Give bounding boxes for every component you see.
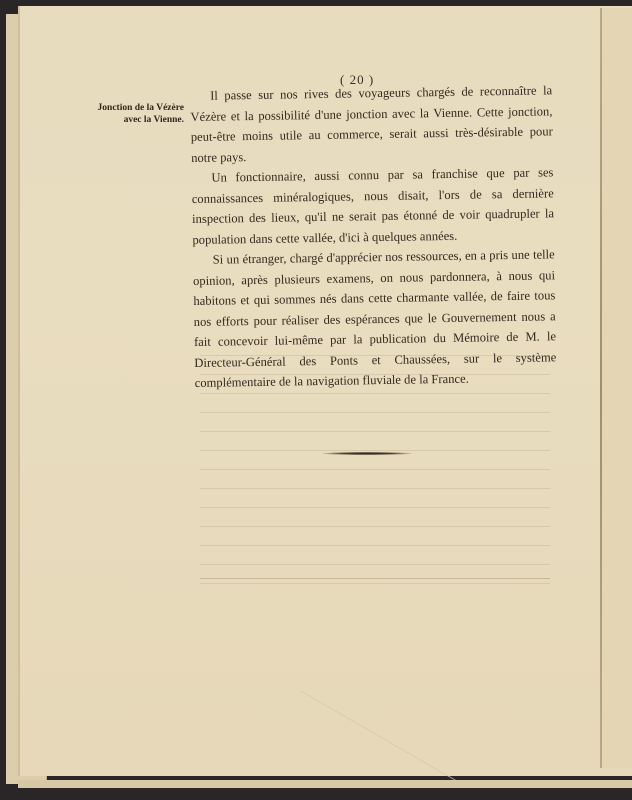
gutter-fold <box>600 8 602 768</box>
paragraph: Un fonctionnaire, aussi connu par sa fra… <box>191 162 554 250</box>
page-bottom-edge <box>18 780 632 788</box>
paragraph: Il passe sur nos rives des voyageurs cha… <box>190 80 553 168</box>
section-divider-rule <box>322 452 412 455</box>
show-through-rule <box>200 578 550 579</box>
paragraph: Si un étranger, chargé d'apprécier nos r… <box>193 244 557 393</box>
body-text: Il passe sur nos rives des voyageurs cha… <box>190 80 557 393</box>
margin-note: Jonction de la Vézère avec la Vienne. <box>84 102 184 126</box>
facing-page-edge <box>602 8 632 768</box>
